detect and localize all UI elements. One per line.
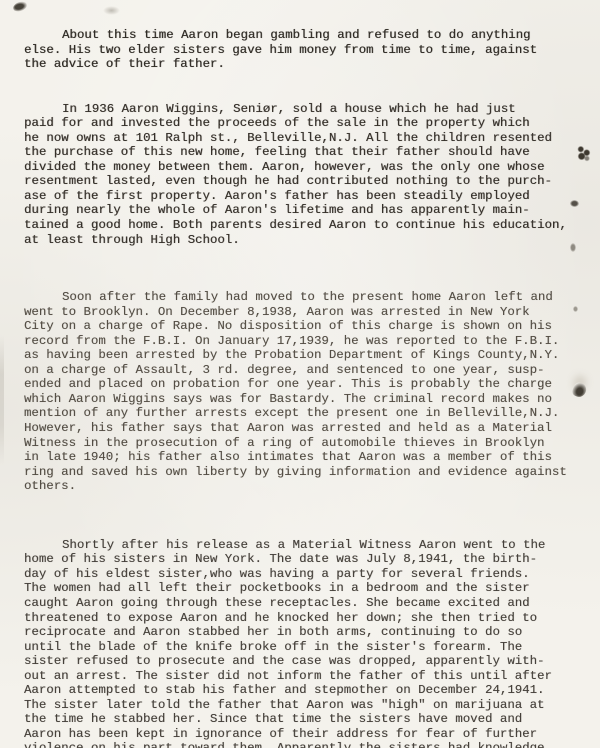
- text-line: The sister later told the father that Aa…: [24, 698, 584, 713]
- text-line: day of his eldest sister,who was having …: [24, 567, 584, 582]
- text-line: went to Brooklyn. On December 8,1938, Aa…: [24, 305, 584, 320]
- text-line: About this time Aaron began gambling and…: [24, 28, 584, 43]
- text-line: sister refused to prosecute and the case…: [24, 654, 584, 669]
- scanned-document-page: About this time Aaron began gambling and…: [0, 0, 600, 748]
- text-line: as having been arrested by the Probation…: [24, 348, 584, 363]
- text-line: during nearly the whole of Aaron's lifet…: [24, 203, 584, 218]
- text-line: tained a good home. Both parents desired…: [24, 218, 584, 233]
- text-line: Witness in the prosecution of a ring of …: [24, 436, 584, 451]
- ink-smudge-top: [103, 6, 120, 15]
- text-line: others.: [24, 479, 584, 494]
- text-line: In 1936 Aaron Wiggins, Seniør, sold a ho…: [24, 102, 584, 117]
- document-text: About this time Aaron began gambling and…: [24, 28, 584, 748]
- text-line: ended and placed on probation for one ye…: [24, 377, 584, 392]
- text-line: reciprocate and Aaron stabbed her in bot…: [24, 625, 584, 640]
- text-line: violence on his part toward them. Appare…: [24, 741, 584, 748]
- text-line: Soon after the family had moved to the p…: [24, 290, 584, 305]
- text-line: However, his father says that Aaron was …: [24, 421, 584, 436]
- text-line: until the blade of the knife broke off i…: [24, 640, 584, 655]
- text-line: he now owns at 101 Ralph st., Belleville…: [24, 131, 584, 146]
- text-line: resentment lasted, even though he had co…: [24, 174, 584, 189]
- text-line: home of his sisters in New York. The dat…: [24, 552, 584, 567]
- paragraph: Shortly after his release as a Material …: [24, 538, 584, 748]
- text-line: at least through High School.: [24, 233, 584, 248]
- text-line: in late 1940; his father also intimates …: [24, 450, 584, 465]
- text-line: caught Aaron going through these recepta…: [24, 596, 584, 611]
- text-line: the purchase of this new home, feeling t…: [24, 145, 584, 160]
- text-line: City on a charge of Rape. No disposition…: [24, 319, 584, 334]
- text-line: Aaron attempted to stab his father and s…: [24, 683, 584, 698]
- text-line: The women had all left their pocketbooks…: [24, 581, 584, 596]
- text-line: record from the F.B.I. On January 17,193…: [24, 334, 584, 349]
- paragraph: In 1936 Aaron Wiggins, Seniør, sold a ho…: [24, 102, 584, 247]
- text-line: Shortly after his release as a Material …: [24, 538, 584, 553]
- text-line: divided the money between them. Aaron, h…: [24, 160, 584, 175]
- text-line: else. His two elder sisters gave him mon…: [24, 43, 584, 58]
- text-line: ring and saved his own liberty by giving…: [24, 465, 584, 480]
- text-line: Aaron has been kept in ignorance of thei…: [24, 727, 584, 742]
- text-line: the advice of their father.: [24, 57, 584, 72]
- text-line: paid for and invested the proceeds of th…: [24, 116, 584, 131]
- text-line: out an arrest. The sister did not inform…: [24, 669, 584, 684]
- ink-smudge-top-left: [12, 0, 28, 12]
- text-line: threatened to expose Aaron and he knocke…: [24, 611, 584, 626]
- text-line: the time he stabbed her. Since that time…: [24, 712, 584, 727]
- paragraph: About this time Aaron began gambling and…: [24, 28, 584, 72]
- text-line: which Aaron Wiggins says was for Bastard…: [24, 392, 584, 407]
- text-line: mention of any further arrests except th…: [24, 406, 584, 421]
- scan-edge-shadow: [0, 335, 4, 465]
- text-line: ase of the first property. Aaron's fathe…: [24, 189, 584, 204]
- paragraph: Soon after the family had moved to the p…: [24, 290, 584, 494]
- text-line: on a charge of Assault, 3 rd. degree, an…: [24, 363, 584, 378]
